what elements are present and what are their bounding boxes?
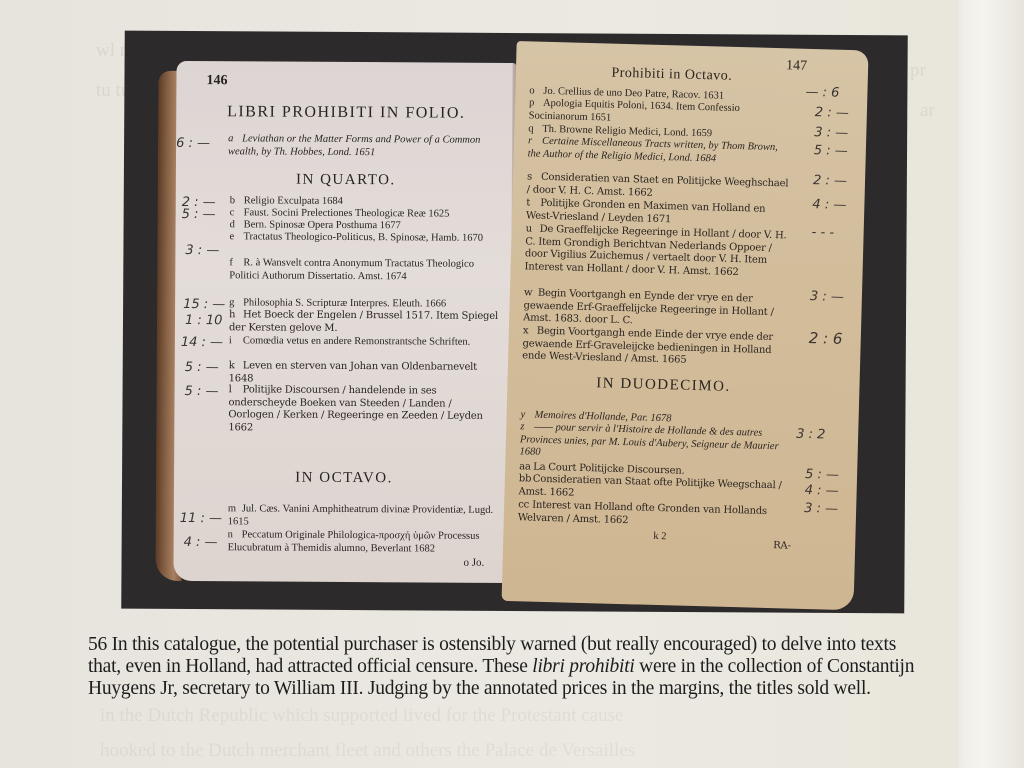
catalogue-entry: z—— pour servir à l'Histoire de Hollande… bbox=[519, 421, 785, 466]
catalogue-entry: fR. à Wansvelt contra Anonymum Tractatus… bbox=[229, 257, 499, 284]
price-annotation: 2 : 6 bbox=[809, 329, 843, 348]
catalogue-entry: hHet Boeck der Engelen / Brussel 1517. I… bbox=[229, 309, 499, 336]
price-annotation: 5 : — bbox=[185, 360, 219, 375]
catalogue-entry: wBegin Voortgangh en Eynde der vrye en d… bbox=[523, 287, 789, 332]
book-photograph: 146 LIBRI PROHIBITI IN FOLIO. 6 : — aLev… bbox=[121, 31, 908, 614]
catchword: o Jo. bbox=[463, 557, 484, 570]
heading-folio: LIBRI PROHIBITI IN FOLIO. bbox=[176, 103, 516, 123]
page-number: 147 bbox=[786, 58, 807, 75]
price-annotation: 5 : — bbox=[185, 384, 219, 399]
catalogue-entry: mJul. Cæs. Vanini Amphitheatrum divinæ P… bbox=[228, 503, 498, 530]
price-annotation: 4 : — bbox=[184, 535, 218, 550]
price-annotation: 3 : — bbox=[810, 289, 844, 305]
caption-italic-term: libri prohibiti bbox=[532, 656, 634, 677]
price-annotation: 2 : — bbox=[815, 105, 849, 121]
price-annotation: 11 : — bbox=[180, 511, 222, 526]
left-page-146: 146 LIBRI PROHIBITI IN FOLIO. 6 : — aLev… bbox=[173, 61, 516, 583]
bleed-through-text: hooked to the Dutch merchant fleet and o… bbox=[100, 740, 635, 762]
price-annotation: 3 : — bbox=[814, 125, 848, 141]
catalogue-entry: xBegin Voortgangh ende Einde der vrye en… bbox=[522, 325, 788, 370]
price-annotation: 5 : — bbox=[182, 207, 216, 222]
bleed-through-text: ar bbox=[920, 100, 935, 122]
price-annotation: - - - bbox=[811, 225, 834, 241]
price-annotation: 14 : — bbox=[181, 335, 223, 350]
price-annotation: 5 : — bbox=[814, 143, 848, 159]
heading-duodecimo: IN DUODECIMO. bbox=[487, 372, 839, 399]
price-annotation: 15 : — bbox=[183, 297, 225, 312]
catalogue-entry: nPeccatum Originale Philologica-προσχή ὑ… bbox=[228, 529, 498, 556]
price-annotation: 3 : — bbox=[804, 501, 838, 517]
price-annotation: 3 : — bbox=[185, 243, 219, 258]
catchword: RA- bbox=[773, 540, 791, 553]
price-annotation: — : 6 bbox=[805, 85, 839, 101]
price-annotation: 2 : — bbox=[813, 173, 847, 189]
heading-octavo: IN OCTAVO. bbox=[174, 469, 514, 488]
bleed-through-text: in the Dutch Republic which supported li… bbox=[100, 705, 623, 727]
price-annotation: 3 : 2 bbox=[796, 427, 826, 443]
price-annotation: 4 : — bbox=[804, 483, 838, 499]
catalogue-entry: iComœdia vetus en andere Remonstrantsche… bbox=[229, 335, 499, 349]
catalogue-entry: kLeven en sterven van Johan van Oldenbar… bbox=[229, 360, 499, 387]
catalogue-entry: uDe Graeffelijcke Regeeringe in Hollant … bbox=[524, 223, 790, 280]
bleed-through-text: pr bbox=[910, 60, 926, 82]
price-annotation: 4 : — bbox=[812, 197, 846, 213]
price-annotation: 1 : 10 bbox=[185, 313, 223, 328]
heading-quarto: IN QUARTO. bbox=[176, 171, 516, 190]
right-page-147: Prohibiti in Octavo. 147 oJo. Crellius d… bbox=[502, 41, 869, 610]
signature-mark: k 2 bbox=[653, 531, 666, 544]
figure-number: 56 bbox=[88, 634, 107, 655]
catalogue-entry: aLeviathan or the Matter Forms and Power… bbox=[228, 133, 498, 160]
price-annotation: 5 : — bbox=[805, 467, 839, 483]
catalogue-entry: eTractatus Theologico-Politicus, B. Spin… bbox=[229, 231, 499, 245]
figure-caption: 56 In this catalogue, the potential purc… bbox=[88, 634, 928, 700]
book-gutter-shade bbox=[955, 0, 1024, 768]
catalogue-entry: lPolitijke Discoursen / handelende in se… bbox=[228, 384, 498, 436]
price-annotation: 6 : — bbox=[176, 136, 210, 151]
page-number: 146 bbox=[206, 73, 227, 89]
